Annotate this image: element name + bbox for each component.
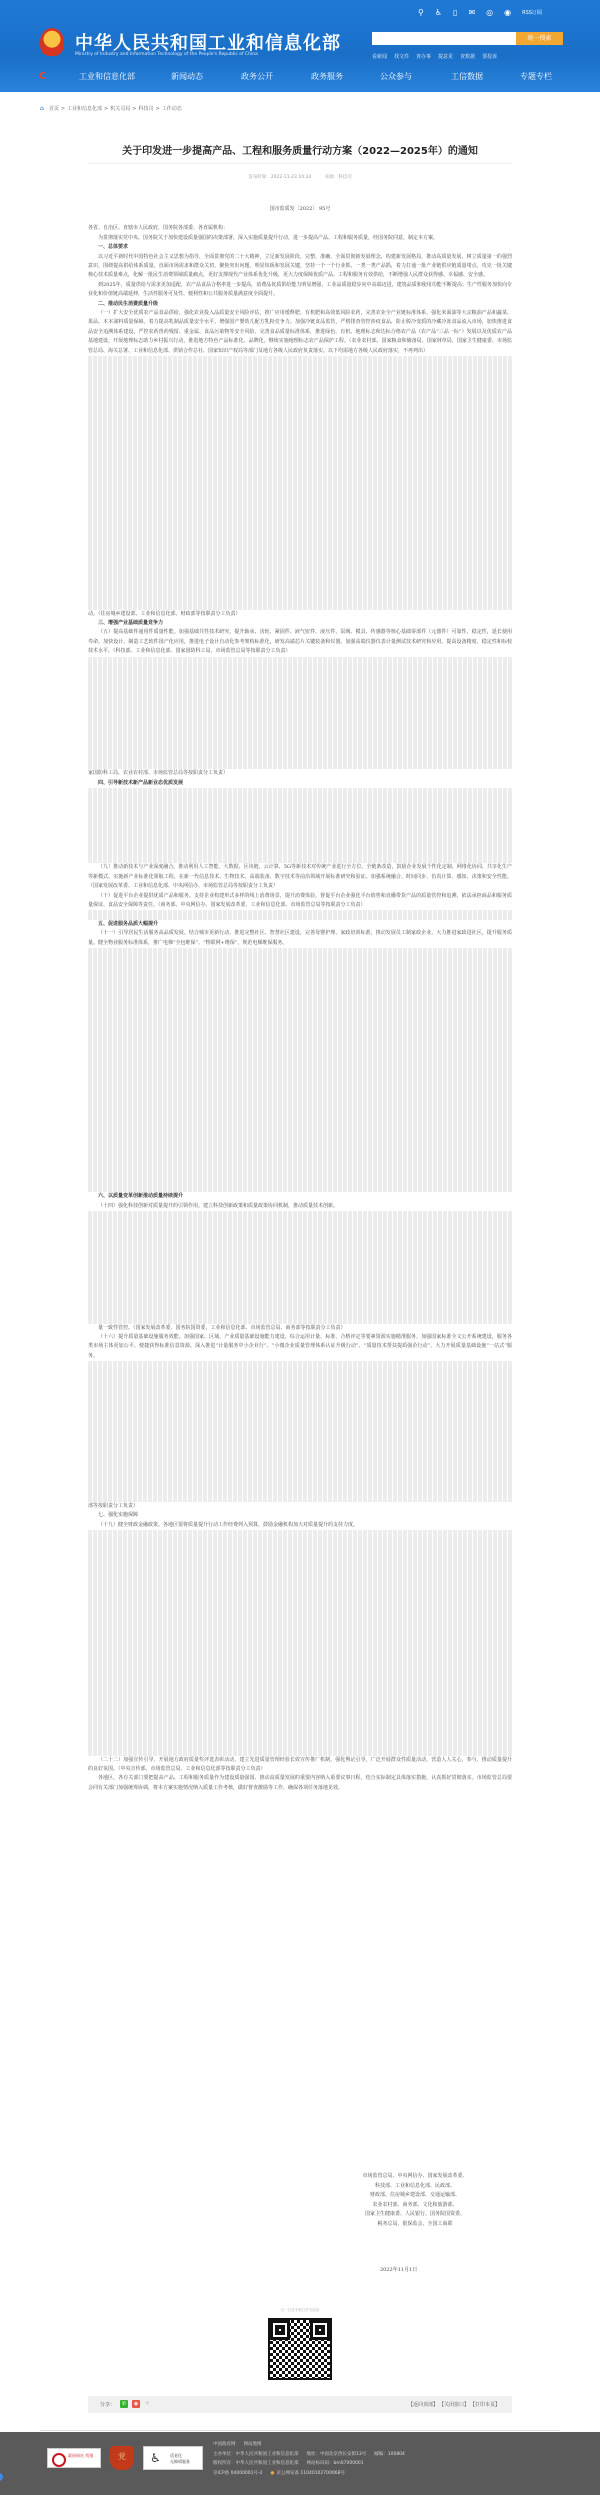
accessibility-service-badge[interactable]: ♿ 适老化 无障碍服务 <box>143 2446 203 2470</box>
page-title: 关于印发进一步提高产品、工程和服务质量行动方案（2022—2025年）的通知 <box>0 142 600 157</box>
text-line <box>88 1446 512 1455</box>
text-line <box>88 553 512 562</box>
text-line <box>88 1136 512 1145</box>
text-line <box>88 441 512 450</box>
text-line <box>88 1239 512 1248</box>
text-line <box>88 488 512 497</box>
text-line <box>88 506 512 515</box>
text-line <box>88 948 512 957</box>
text-line <box>88 1540 512 1549</box>
text-line <box>88 1587 512 1596</box>
text-line <box>88 1577 512 1586</box>
signatory-line: 科技部、工业和信息化部、民政部、 <box>300 2182 530 2192</box>
text-line <box>88 1662 512 1671</box>
text-line <box>88 1483 512 1492</box>
footer-info: 中国政府网网站地图 主办单位：中华人民共和国工业和信息化部地址：中国北京西长安街… <box>213 2440 413 2478</box>
accessibility-icon[interactable]: ♿ <box>435 8 442 17</box>
text-line <box>88 995 512 1004</box>
section-heading: 五、促进服务品质大幅提升 <box>88 920 512 929</box>
nav-item-news[interactable]: 新闻动态 <box>171 71 203 82</box>
text-line <box>88 1089 512 1098</box>
print-page-link[interactable]: 【打印本页】 <box>470 2401 500 2408</box>
signatory-line: 农业农村部、商务部、文化和旅游部、 <box>300 2201 530 2211</box>
nav-item-miit[interactable]: 工业和信息化部 <box>79 71 135 82</box>
police-emblem-icon: ● <box>271 2471 275 2476</box>
section-heading: 一、总体要求 <box>88 243 512 252</box>
wheelchair-icon: ♿ <box>150 2451 161 2465</box>
text-line <box>88 1164 512 1173</box>
text-line <box>88 1493 512 1502</box>
footer-police[interactable]: 京公网安备 11040102700068号 <box>276 2471 345 2476</box>
text-line <box>88 1746 512 1755</box>
text-line <box>88 1023 512 1032</box>
breadcrumb-sep: > <box>61 106 65 112</box>
quick-link-services[interactable]: 查办事 <box>416 53 431 60</box>
signatory-line: 市场监管总局、中央网信办、国家发展改革委、 <box>300 2172 530 2182</box>
quick-links: 看新闻 找文件 查办事 提意见 查数据 要投诉 <box>372 53 497 60</box>
text-line <box>88 1474 512 1483</box>
quick-link-complaint[interactable]: 要投诉 <box>482 53 497 60</box>
text-line <box>88 1051 512 1060</box>
text-line <box>88 1314 512 1323</box>
search-input[interactable] <box>372 32 516 45</box>
text-line <box>88 1427 512 1436</box>
article-source: 来源：科技司 <box>325 175 352 180</box>
text-line <box>88 525 512 534</box>
breadcrumb: ⌂ 首页 > 工业和信息化部 > 机关司局 > 科技司 > 工作动态 <box>40 105 182 112</box>
quick-link-news[interactable]: 看新闻 <box>372 53 387 60</box>
text-line <box>88 1737 512 1746</box>
text-line <box>88 1399 512 1408</box>
section-paragraph-tail: 部等按职责分工负责） <box>88 1502 512 1511</box>
nav-item-participation[interactable]: 公众参与 <box>380 71 412 82</box>
text-line <box>88 1032 512 1041</box>
qr-code <box>268 2318 332 2380</box>
text-line <box>88 600 512 609</box>
footer-host: 主办单位：中华人民共和国工业和信息化部 <box>213 2452 299 2457</box>
weibo-icon[interactable]: ◉ <box>504 8 511 17</box>
wechat-icon[interactable]: ◎ <box>486 8 493 17</box>
section-paragraph: （十九）健全财政金融政策。各地区要将质量提升行动工作经费列入预算，鼓励金融机构加… <box>88 1521 512 1530</box>
text-line <box>88 732 512 741</box>
breadcrumb-sep: > <box>132 106 136 112</box>
share-more-icon[interactable]: + <box>145 2400 150 2407</box>
footer-site-id: 网站标识码：bm07000001 <box>307 2461 364 2466</box>
text-line <box>88 478 512 487</box>
text-line <box>88 798 512 807</box>
text-line <box>88 1709 512 1718</box>
text-line <box>88 1098 512 1107</box>
search-button[interactable]: 统一搜索 <box>516 32 563 45</box>
share-weibo-icon[interactable]: ◉ <box>132 2400 140 2408</box>
text-line <box>88 1145 512 1154</box>
share-bar: 分享： ✆ ◉ + 【返回顶部】 【关闭窗口】 【打印本页】 <box>88 2396 512 2413</box>
text-line <box>88 450 512 459</box>
footer-divider <box>40 2430 560 2431</box>
text-line <box>88 1436 512 1445</box>
article-meta: 发布时间：2022-11-23 10:24 来源：科技司 <box>0 174 600 180</box>
text-line <box>88 1371 512 1380</box>
quick-link-data[interactable]: 查数据 <box>460 53 475 60</box>
section-paragraph: （五）提高基础件通用件质量性能。加强基础共性技术研究，提升轴承、齿轮、紧固件、液… <box>88 628 512 656</box>
section-paragraph: （十六）提升质量基础设施服务效能。加强国家、区域、产业质量基础设施能力建设，综合… <box>88 1333 512 1361</box>
salutation: 各省、自治区、直辖市人民政府，国务院各部委、各直属机构： <box>88 224 512 233</box>
text-line <box>88 1728 512 1737</box>
text-line <box>88 1117 512 1126</box>
qr-label: 扫一扫在手机打开当前页 <box>0 2308 600 2313</box>
section-paragraph: （十）促进平台企业提供优质产品和服务。支持企业构建形式多样的线上消费场景，提升消… <box>88 892 512 911</box>
text-line <box>88 694 512 703</box>
text-line <box>88 751 512 760</box>
rss-link[interactable]: RSS订阅 <box>522 9 542 16</box>
text-line <box>88 394 512 403</box>
footer-link-sitemap[interactable]: 网站地图 <box>244 2442 262 2447</box>
text-line <box>88 497 512 506</box>
text-line <box>88 1305 512 1314</box>
section-paragraph: （十四）强化科技创新对质量提升的引领作用。建立科技创新政策和质量政策协同机制，推… <box>88 1202 512 1211</box>
title-divider <box>88 163 512 164</box>
text-line <box>88 1671 512 1680</box>
text-line <box>88 1652 512 1661</box>
section-paragraph: 量一致性管控。（国家发展改革委、国务院国资委、工业和信息化部、市场监管总局、商务… <box>88 1324 512 1333</box>
close-window-link[interactable]: 【关闭窗口】 <box>439 2401 469 2408</box>
signatory-line: 国家卫生健康委、人民银行、国务院国资委、 <box>300 2210 530 2220</box>
text-line <box>88 422 512 431</box>
text-line <box>88 1014 512 1023</box>
document-number: 国市监质发〔2022〕 95号 <box>88 205 512 214</box>
section-paragraph: （九）推动新技术与产业深度融合。推动利用人工智能、大数据、区块链、云计算、5G等… <box>88 863 512 891</box>
robot-icon[interactable]: ⚲ <box>418 8 424 17</box>
party-badge[interactable]: 党 <box>110 2446 134 2470</box>
text-line <box>88 1155 512 1164</box>
text-line <box>88 1267 512 1276</box>
text-line <box>88 910 512 919</box>
breadcrumb-sep: > <box>104 106 108 112</box>
signatory-line: 财政部、住房城乡建设部、交通运输部、 <box>300 2191 530 2201</box>
quick-link-files[interactable]: 找文件 <box>394 53 409 60</box>
text-line <box>88 1568 512 1577</box>
text-line <box>88 431 512 440</box>
text-line <box>88 1530 512 1539</box>
breadcrumb-work-news[interactable]: 工作动态 <box>162 105 182 112</box>
text-line <box>88 1108 512 1117</box>
text-line <box>88 1042 512 1051</box>
text-line <box>88 1408 512 1417</box>
text-line <box>88 713 512 722</box>
text-line <box>88 365 512 374</box>
text-line <box>88 591 512 600</box>
national-emblem-icon[interactable] <box>40 28 64 56</box>
nav-item-data[interactable]: 工信数据 <box>451 71 483 82</box>
text-line <box>88 1389 512 1398</box>
text-line <box>88 816 512 825</box>
section-heading: 六、以质量变革创新推动质量持续提升 <box>88 1192 512 1201</box>
signatories: 市场监管总局、中央网信办、国家发展改革委、 科技部、工业和信息化部、民政部、 财… <box>300 2172 530 2229</box>
section-paragraph: 到2025年，质量供给与需求更加适配，农产品食品合格率进一步提高，消费品优质供给… <box>88 281 512 300</box>
text-line <box>88 1361 512 1370</box>
text-line <box>88 1681 512 1690</box>
text-line <box>88 572 512 581</box>
text-line <box>88 807 512 816</box>
text-line <box>88 1061 512 1070</box>
share-wechat-icon[interactable]: ✆ <box>120 2400 128 2408</box>
text-line <box>88 845 512 854</box>
text-line <box>88 741 512 750</box>
section-heading: 二、推动民生消费质量升级 <box>88 300 512 309</box>
text-line <box>88 403 512 412</box>
gov-site-error-report-badge[interactable]: 政府网站 找错 <box>47 2448 101 2468</box>
section-paragraph: （十一）引导居民生活服务高品质发展。结合城市更新行动，推进完整社区、智慧社区建设… <box>88 929 512 948</box>
text-line <box>88 666 512 675</box>
breadcrumb-sci-tech[interactable]: 科技司 <box>138 105 153 112</box>
breadcrumb-miit[interactable]: 工业和信息化部 <box>67 105 102 112</box>
sign-date: 2022年11月1日 <box>380 2266 417 2273</box>
text-line <box>88 675 512 684</box>
text-line <box>88 986 512 995</box>
text-line <box>88 581 512 590</box>
text-line <box>88 722 512 731</box>
intro-paragraph: 为贯彻落实党中央、国务院关于加快建设质量强国的决策部署，深入实施质量提升行动，进… <box>88 234 512 243</box>
text-line <box>88 1718 512 1727</box>
text-line <box>88 835 512 844</box>
text-line <box>88 788 512 797</box>
main-nav: C 工业和信息化部 新闻动态 政务公开 政务服务 公众参与 工信数据 专题专栏 <box>0 66 600 88</box>
breadcrumb-departments[interactable]: 机关司局 <box>110 105 130 112</box>
text-line <box>88 1690 512 1699</box>
section-paragraph: （一）扩大安全优质农产品食品供给。强化农业投入品质量安全风险评估，推广应用缓释肥… <box>88 309 512 356</box>
text-line <box>88 1699 512 1708</box>
breadcrumb-home[interactable]: 首页 <box>49 105 59 112</box>
text-line <box>88 1211 512 1220</box>
text-line <box>88 1230 512 1239</box>
text-line <box>88 854 512 863</box>
text-line <box>88 1248 512 1257</box>
quick-link-feedback[interactable]: 提意见 <box>438 53 453 60</box>
section-paragraph: 各地区、各有关部门要把提高产品、工程和服务质量作为建设质量强国、推动高质量发展的… <box>88 1774 512 1793</box>
text-line <box>88 1173 512 1182</box>
text-line <box>88 760 512 769</box>
share-label: 分享： <box>100 2401 115 2408</box>
text-line <box>88 1286 512 1295</box>
text-line <box>88 356 512 365</box>
section-paragraph-tail: 动。（住房城乡建设部、工业和信息化部、财政部等按职责分工负责） <box>88 610 512 619</box>
text-line <box>88 516 512 525</box>
text-line <box>88 976 512 985</box>
text-line <box>88 1070 512 1079</box>
text-line <box>88 957 512 966</box>
section-heading: 四、引导新技术新产品新业态优质发展 <box>88 779 512 788</box>
mobile-icon[interactable]: ▯ <box>453 8 457 17</box>
text-line <box>88 1615 512 1624</box>
text-line <box>88 469 512 478</box>
section-paragraph: （二十二）加强宣传引导。开展地方政府质量奖评选表彰活动，建立先进质量管理经验长效… <box>88 1756 512 1775</box>
nav-item-gov-affairs[interactable]: 政务公开 <box>241 71 273 82</box>
text-line <box>88 1126 512 1135</box>
article-sections: 一、总体要求以习近平新时代中国特色社会主义思想为指导，全面贯彻党的二十大精神，立… <box>88 243 512 1793</box>
text-line <box>88 826 512 835</box>
site-header: 中华人民共和国工业和信息化部 Ministry of Industry and … <box>0 0 600 92</box>
home-icon[interactable]: ⌂ <box>40 105 44 112</box>
text-line <box>88 1220 512 1229</box>
section-paragraph-tail: 家国防科工局、农业农村部、市场监管总局等按职责分工负责） <box>88 769 512 778</box>
page-actions: 【返回顶部】 【关闭窗口】 【打印本页】 <box>408 2401 500 2408</box>
footer-address: 地址：中国北京西长安街13号 <box>307 2452 367 2457</box>
text-line <box>88 1643 512 1652</box>
footer-postcode: 邮编：100804 <box>374 2452 405 2457</box>
footer-copyright: 版权所有：中华人民共和国工业和信息化部 <box>213 2461 299 2466</box>
text-line <box>88 384 512 393</box>
text-line <box>88 1455 512 1464</box>
text-line <box>88 412 512 421</box>
nav-item-topics[interactable]: 专题专栏 <box>520 71 552 82</box>
section-heading: 七、强化实施保障 <box>88 1511 512 1520</box>
text-line <box>88 685 512 694</box>
text-line <box>88 375 512 384</box>
text-line <box>88 1558 512 1567</box>
text-line <box>88 1380 512 1389</box>
publish-time: 发布时间：2022-11-23 10:24 <box>248 175 311 180</box>
signatory-line: 税务总局、银保监会、全国工商联 <box>300 2220 530 2230</box>
footer-link-gov[interactable]: 中国政府网 <box>213 2442 236 2447</box>
text-line <box>88 1605 512 1614</box>
nav-logo-icon[interactable]: C <box>39 71 46 82</box>
text-line <box>88 1183 512 1192</box>
text-line <box>88 563 512 572</box>
text-line <box>88 1465 512 1474</box>
text-line <box>88 1418 512 1427</box>
text-line <box>88 1549 512 1558</box>
text-line <box>88 1624 512 1633</box>
text-line <box>88 1079 512 1088</box>
text-line <box>88 1295 512 1304</box>
back-to-top-link[interactable]: 【返回顶部】 <box>408 2401 438 2408</box>
badge-label: 无障碍服务 <box>170 2459 202 2465</box>
text-line <box>88 1596 512 1605</box>
nav-item-gov-services[interactable]: 政务服务 <box>311 71 343 82</box>
text-line <box>88 1277 512 1286</box>
text-line <box>88 1634 512 1643</box>
section-paragraph: 以习近平新时代中国特色社会主义思想为指导，全面贯彻党的二十大精神，立足新发展阶段… <box>88 253 512 281</box>
text-line <box>88 544 512 553</box>
breadcrumb-sep: > <box>155 106 159 112</box>
tool-icons: ⚲ ♿ ▯ ✉ ◎ ◉ RSS订阅 <box>418 8 542 17</box>
text-line <box>88 535 512 544</box>
text-line <box>88 967 512 976</box>
text-line <box>88 1004 512 1013</box>
site-subtitle: Ministry of Industry and Information Tec… <box>75 52 258 57</box>
text-line <box>88 1258 512 1267</box>
mail-icon[interactable]: ✉ <box>468 8 475 17</box>
text-line <box>88 704 512 713</box>
footer-icp[interactable]: 京ICP备 04000001号-2 <box>213 2471 263 2476</box>
text-line <box>88 657 512 666</box>
section-heading: 三、增强产业基础质量竞争力 <box>88 619 512 628</box>
text-line <box>88 459 512 468</box>
article-body: 国市监质发〔2022〕 95号 各省、自治区、直辖市人民政府，国务院各部委、各直… <box>88 205 512 1793</box>
site-footer: 政府网站 找错 党 ♿ 适老化 无障碍服务 中国政府网网站地图 主办单位：中华人… <box>0 2432 600 2495</box>
